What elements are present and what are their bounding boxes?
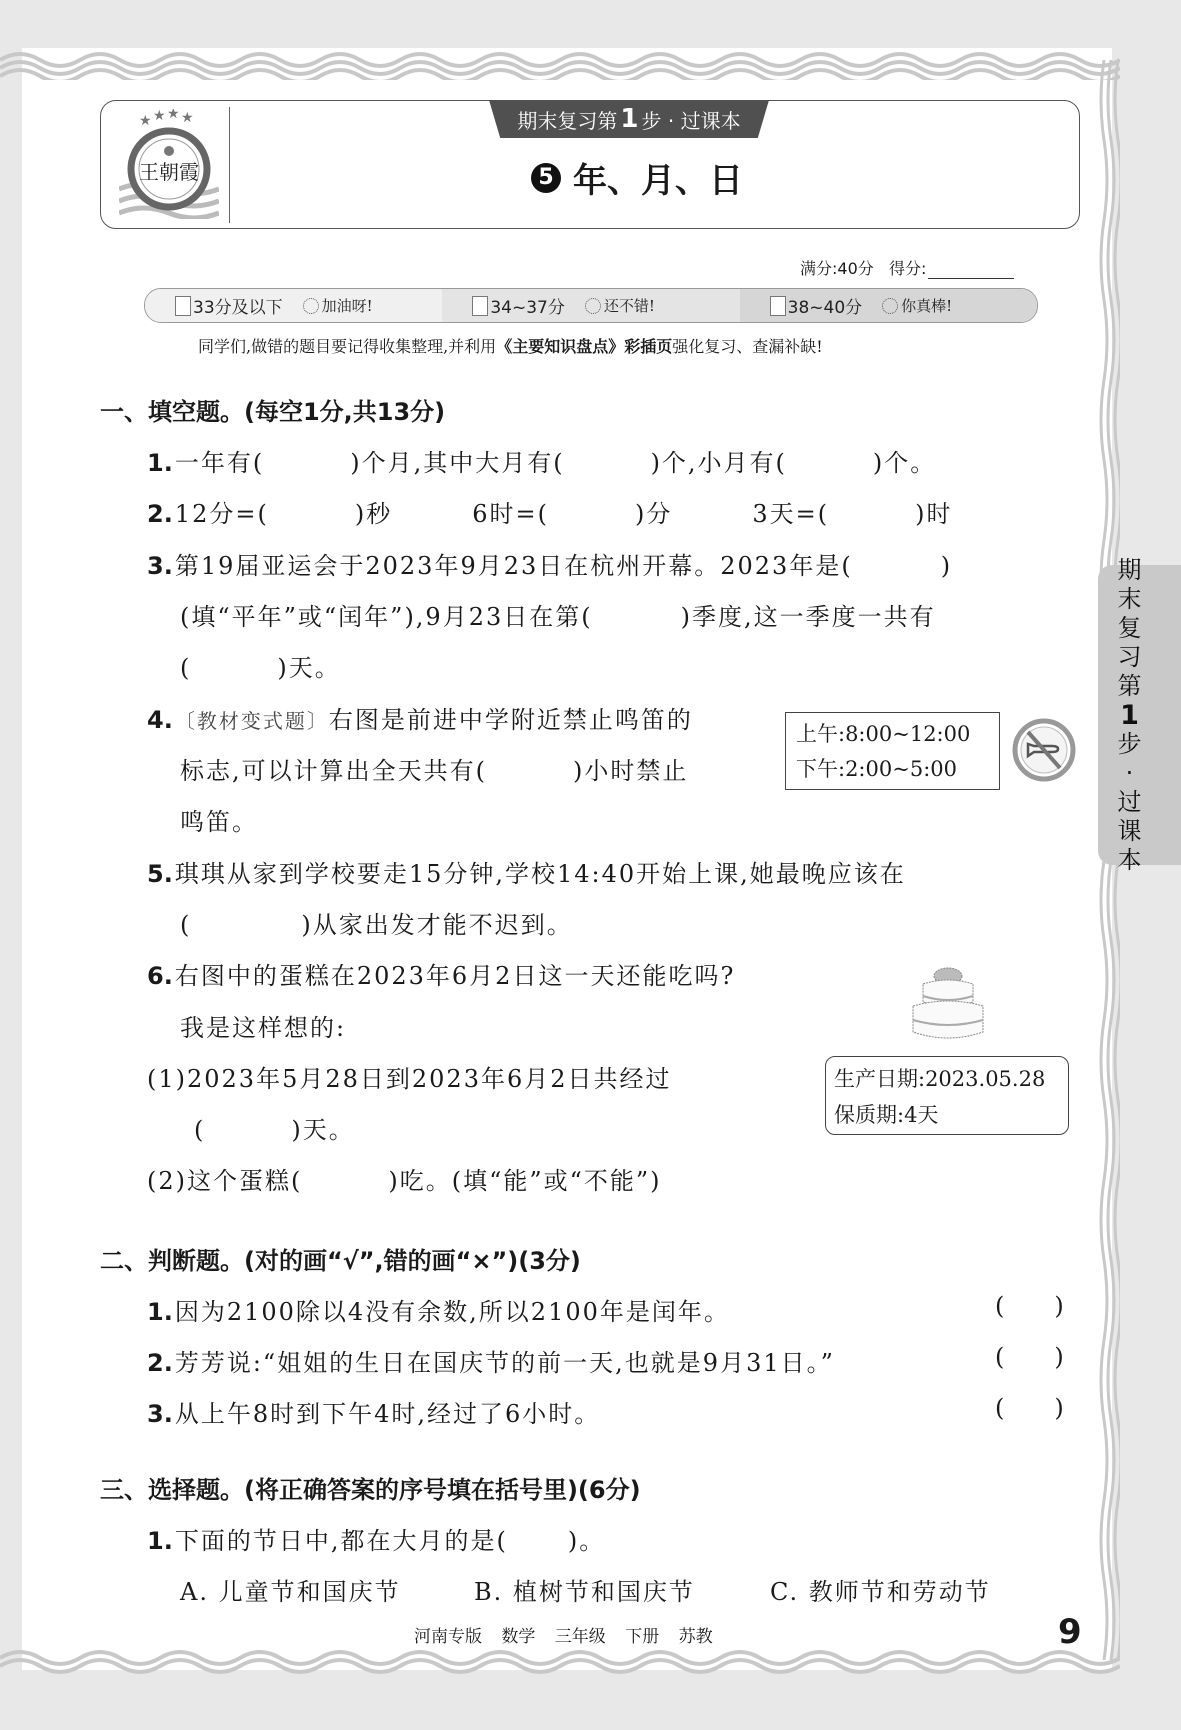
question-1-6: 6.右图中的蛋糕在2023年6月2日这一天还能吃吗? <box>147 956 735 991</box>
rating-segment: 33分及以下加油呀! <box>145 289 442 322</box>
judge-answer-2[interactable]: () <box>995 1343 1066 1371</box>
banner-suffix: 步 · 过课本 <box>642 105 741 134</box>
svg-text:★: ★ <box>139 113 152 129</box>
wavy-border-top <box>0 40 1120 80</box>
cake-icon <box>905 962 991 1048</box>
question-1-6-thinking: 我是这样想的: <box>180 1008 346 1043</box>
question-1-4: 4.〔教材变式题〕右图是前进中学附近禁止鸣笛的 <box>147 700 693 735</box>
chapter-header: ★★★★ 王朝霞 期末复习第1步 · 过课本 5 年、月、日 <box>100 100 1080 229</box>
brand-logo-icon: ★★★★ 王朝霞 <box>119 109 219 219</box>
question-1-3-line2: (填“平年”或“闰年”),9月23日在第()季度,这一季度一共有 <box>180 597 936 632</box>
rating-checkbox[interactable] <box>770 296 786 316</box>
judge-item-1: 1.因为2100除以4没有余数,所以2100年是闰年。 <box>147 1292 730 1327</box>
no-honking-hours-box: 上午:8:00~12:00 下午:2:00~5:00 <box>785 712 1000 790</box>
svg-text:★: ★ <box>153 109 166 124</box>
judge-item-3: 3.从上午8时到下午4时,经过了6小时。 <box>147 1394 600 1429</box>
question-1-6-part2: (2)这个蛋糕()吃。(填“能”或“不能”) <box>147 1161 662 1196</box>
banner-step: 1 <box>620 104 638 134</box>
score-rating-band: 33分及以下加油呀! 34~37分还不错! 38~40分你真棒! <box>144 288 1038 323</box>
banner-prefix: 期末复习第 <box>517 105 617 134</box>
score-label: 得分: <box>889 259 926 278</box>
step-banner: 期末复习第1步 · 过课本 <box>489 100 769 138</box>
choice-question-1: 1.下面的节日中,都在大月的是()。 <box>147 1521 605 1556</box>
unit-number-badge: 5 <box>531 163 561 193</box>
rating-checkbox[interactable] <box>175 296 191 316</box>
page-number: 9 <box>1058 1612 1082 1652</box>
cake-label-box: 生产日期:2023.05.28 保质期:4天 <box>825 1056 1069 1135</box>
choice-option-b[interactable]: B. 植树节和国庆节 <box>474 1572 695 1607</box>
side-tab: 期末复习第 1 步·过课本 <box>1098 565 1181 865</box>
question-1-3: 3.第19届亚运会于2023年9月23日在杭州开幕。2023年是() <box>147 546 952 581</box>
judge-item-2: 2.芳芳说:“姐姐的生日在国庆节的前一天,也就是9月31日。” <box>147 1343 835 1378</box>
no-honking-sign-icon <box>1012 718 1076 782</box>
question-1-5-line2: ()从家出发才能不迟到。 <box>180 905 573 940</box>
rating-segment: 38~40分你真棒! <box>740 289 1037 322</box>
wavy-border-bottom <box>0 1650 1120 1690</box>
rating-checkbox[interactable] <box>472 296 488 316</box>
svg-text:★: ★ <box>181 110 194 126</box>
question-1-6-part1: (1)2023年5月28日到2023年6月2日共经过 <box>147 1059 672 1094</box>
face-icon <box>585 298 601 314</box>
unit-title: 5 年、月、日 <box>531 153 743 202</box>
svg-text:★: ★ <box>167 109 180 122</box>
question-1-1: 1.一年有()个月,其中大月有()个,小月有()个。 <box>147 443 936 478</box>
question-1-4-line2: 标志,可以计算出全天共有()小时禁止 <box>180 751 688 786</box>
section3-title: 三、选择题。(将正确答案的序号填在括号里)(6分) <box>100 1470 641 1505</box>
section2-title: 二、判断题。(对的画“√”,错的画“×”)(3分) <box>100 1241 581 1276</box>
question-1-4-line3: 鸣笛。 <box>180 802 258 837</box>
unit-title-text: 年、月、日 <box>573 153 743 202</box>
question-1-5: 5.琪琪从家到学校要走15分钟,学校14:40开始上课,她最晚应该在 <box>147 854 906 889</box>
judge-answer-1[interactable]: () <box>995 1292 1066 1320</box>
choice-option-a[interactable]: A. 儿童节和国庆节 <box>180 1572 401 1607</box>
full-score-label: 满分:40分 <box>800 259 874 278</box>
judge-answer-3[interactable]: () <box>995 1394 1066 1422</box>
question-1-3-line3: ()天。 <box>180 648 341 683</box>
footer-edition: 河南专版 数学 三年级 下册 苏教 <box>414 1622 713 1647</box>
question-1-6-part1-line2: ()天。 <box>194 1110 355 1145</box>
logo-divider <box>229 107 230 223</box>
score-line: 满分:40分 得分: <box>800 256 1014 279</box>
textbook-variant-tag: 〔教材变式题〕 <box>175 709 329 733</box>
face-icon <box>303 298 319 314</box>
section1-title: 一、填空题。(每空1分,共13分) <box>100 392 445 427</box>
face-icon <box>882 298 898 314</box>
rating-segment: 34~37分还不错! <box>442 289 739 322</box>
question-1-2: 2.12分=()秒6时=()分3天=()时 <box>147 494 952 529</box>
notice-text: 同学们,做错的题目要记得收集整理,并利用《主要知识盘点》彩插页强化复习、查漏补缺… <box>198 334 823 357</box>
score-blank-field[interactable] <box>928 278 1014 279</box>
svg-text:王朝霞: 王朝霞 <box>139 160 199 184</box>
choice-option-c[interactable]: C. 教师节和劳动节 <box>770 1572 991 1607</box>
